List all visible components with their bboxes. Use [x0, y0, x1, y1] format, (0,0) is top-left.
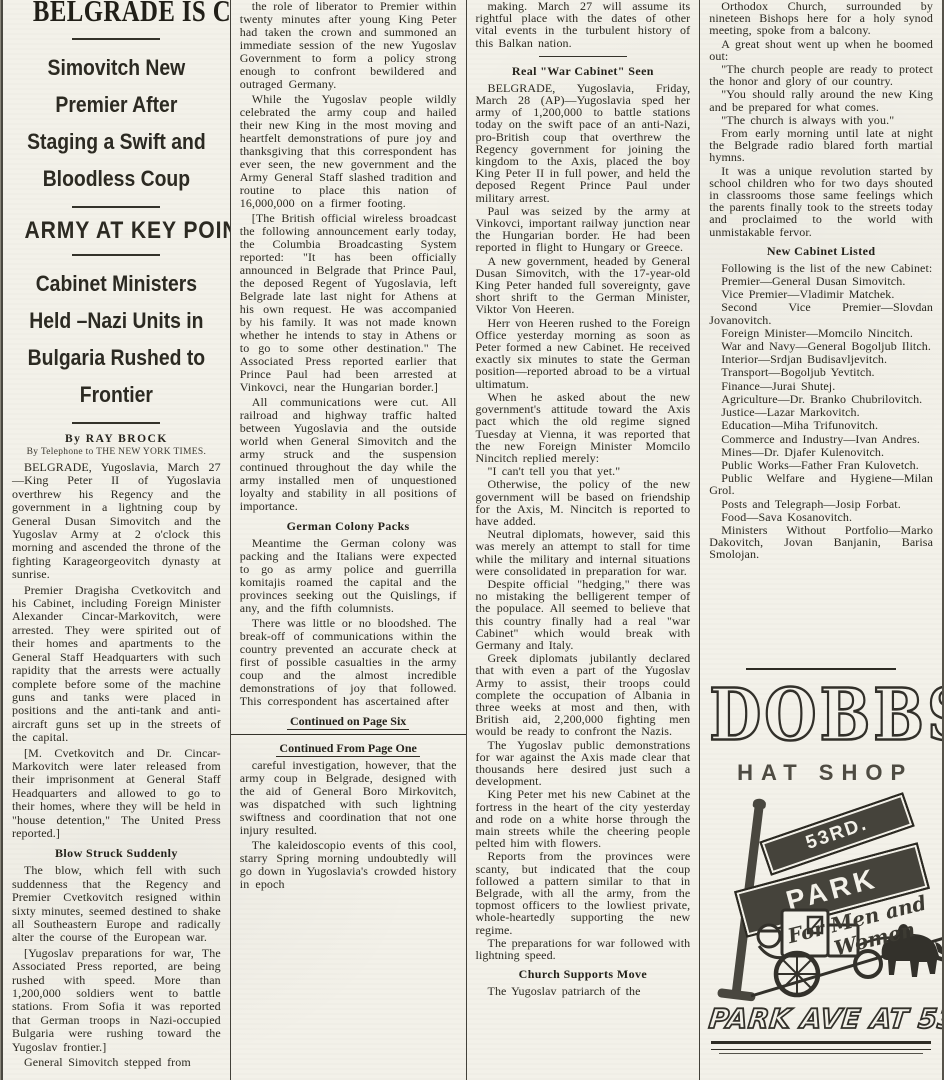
- article-paragraph: "I can't tell you that yet.": [476, 465, 691, 477]
- article-paragraph: A great shout went up when he boomed out…: [709, 38, 933, 62]
- cabinet-list-item: Interior—Srdjan Budisavljevitch.: [709, 353, 933, 365]
- article-paragraph: [M. Cvetkovitch and Dr. Cincar-Markovitc…: [12, 747, 221, 841]
- column-3: making. March 27 will assume its rightfu…: [467, 0, 701, 1080]
- section-rule: [231, 734, 466, 735]
- cabinet-list-item: Food—Sava Kosanovitch.: [709, 511, 933, 523]
- ad-subtitle: HAT SHOP: [709, 760, 933, 786]
- cabinet-list-item: Education—Miha Trifunovitch.: [709, 419, 933, 431]
- cabinet-list-item: Public Welfare and Hygiene—Milan Grol.: [709, 472, 933, 496]
- crosshead: Blow Struck Suddenly: [12, 846, 221, 861]
- column-layout: BELGRADE IS CALM Simovitch New Premier A…: [1, 0, 944, 1080]
- main-headline: BELGRADE IS CALM: [33, 0, 200, 29]
- deck-headline-2: Cabinet Ministers Held –Nazi Units in Bu…: [25, 265, 209, 413]
- rule-divider: [72, 254, 160, 256]
- cabinet-list-item: Second Vice Premier—Slovdan Jovanovitch.: [709, 301, 933, 325]
- ad-address: PARK AVE AT 53RD.: [708, 1004, 935, 1035]
- article-paragraph: Reports from the provinces were scanty, …: [476, 850, 691, 935]
- article-paragraph: Herr von Heeren rushed to the Foreign Of…: [476, 317, 691, 390]
- cabinet-list-item: Mines—Dr. Djafer Kulenovitch.: [709, 446, 933, 458]
- article-paragraph: When he asked about the new government's…: [476, 391, 691, 464]
- column-4-text: Orthodox Church, surrounded by nineteen …: [709, 0, 933, 664]
- cabinet-list-item: Posts and Telegraph—Josip Forbat.: [709, 498, 933, 510]
- cabinet-list-item: Vice Premier—Vladimir Matchek.: [709, 288, 933, 300]
- newspaper-page: BELGRADE IS CALM Simovitch New Premier A…: [0, 0, 944, 1080]
- continued-on-text: Continued on Page Six: [287, 714, 409, 730]
- crosshead: Church Supports Move: [476, 967, 691, 982]
- article-paragraph: [Yugoslav preparations for war, The Asso…: [12, 947, 221, 1054]
- article-paragraph: Premier Dragisha Cvetkovitch and his Cab…: [12, 584, 221, 745]
- article-paragraph: Otherwise, the policy of the new governm…: [476, 478, 691, 527]
- article-paragraph: The kaleidoscopio events of this cool, s…: [240, 839, 457, 891]
- article-paragraph: careful investigation, however, that the…: [240, 759, 457, 837]
- continued-on-line: Continued on Page Six: [240, 714, 457, 729]
- article-paragraph: making. March 27 will assume its rightfu…: [476, 0, 691, 49]
- article-paragraph: It was a unique revolution started by sc…: [709, 165, 933, 238]
- article-paragraph: While the Yugoslav people wildly celebra…: [240, 93, 457, 210]
- rule-divider: [539, 56, 627, 57]
- cabinet-list-item: Foreign Minister—Momcilo Nincitch.: [709, 327, 933, 339]
- column-2: the role of liberator to Premier within …: [231, 0, 467, 1080]
- cabinet-list-item: Premier—General Dusan Simovitch.: [709, 275, 933, 287]
- column-1: BELGRADE IS CALM Simovitch New Premier A…: [1, 0, 231, 1080]
- wire-credit: By Telephone to THE NEW YORK TIMES.: [12, 447, 221, 457]
- ad-bottom-rules: [711, 1041, 931, 1050]
- ad-brand-name: DOBBS: [709, 678, 933, 754]
- article-paragraph: [The British official wireless broadcast…: [240, 212, 457, 394]
- byline: By RAY BROCK: [12, 433, 221, 445]
- article-paragraph: There was little or no bloodshed. The br…: [240, 617, 457, 708]
- article-paragraph: The Yugoslav patriarch of the: [476, 985, 691, 997]
- ad-illustration: 53RD. PARK: [709, 792, 933, 1004]
- cabinet-list-item: Ministers Without Portfolio—Marko Dakovi…: [709, 524, 933, 561]
- cabinet-list-item: Justice—Lazar Markovitch.: [709, 406, 933, 418]
- article-paragraph: From early morning until late at night t…: [709, 127, 933, 164]
- cabinet-list-item: Agriculture—Dr. Branko Chubrilovitch.: [709, 393, 933, 405]
- continued-from-text: Continued From Page One: [276, 741, 419, 757]
- column-4: Orthodox Church, surrounded by nineteen …: [700, 0, 944, 1080]
- article-paragraph: All communications were cut. All railroa…: [240, 396, 457, 513]
- article-paragraph: "You should rally around the new King an…: [709, 88, 933, 112]
- article-paragraph: "The church people are ready to protect …: [709, 63, 933, 87]
- cabinet-list-item: Public Works—Father Fran Kulovetch.: [709, 459, 933, 471]
- article-paragraph: Orthodox Church, surrounded by nineteen …: [709, 0, 933, 37]
- ad-bottom-rule-2: [719, 1053, 923, 1054]
- crosshead: German Colony Packs: [240, 519, 457, 534]
- bank-headline: ARMY AT KEY POINTS: [25, 217, 209, 245]
- rule-divider: [746, 668, 896, 670]
- cabinet-list-item: Transport—Bogoljub Yevtitch.: [709, 366, 933, 378]
- rule-divider: [72, 38, 160, 40]
- article-paragraph: Meantime the German colony was packing a…: [240, 537, 457, 615]
- article-paragraph: The Yugoslav public demonstrations for w…: [476, 739, 691, 788]
- article-paragraph: Despite official "hedging," there was no…: [476, 578, 691, 651]
- cabinet-list-item: War and Navy—General Bogoljub Ilitch.: [709, 340, 933, 352]
- article-paragraph: Neutral diplomats, however, said this wa…: [476, 528, 691, 577]
- cabinet-list-item: Finance—Jurai Shutej.: [709, 380, 933, 392]
- article-paragraph: The preparations for war followed with l…: [476, 937, 691, 961]
- crosshead: New Cabinet Listed: [709, 244, 933, 259]
- crosshead: Real "War Cabinet" Seen: [476, 64, 691, 79]
- dobbs-hat-shop-ad: DOBBS HAT SHOP 53RD. PARK: [709, 668, 933, 1064]
- continued-from-line: Continued From Page One: [240, 741, 457, 756]
- article-paragraph: Greek diplomats jubilantly declared that…: [476, 652, 691, 737]
- article-paragraph: A new government, headed by General Dusa…: [476, 255, 691, 316]
- rule-divider: [72, 422, 160, 424]
- article-paragraph: Paul was seized by the army at Vinkovci,…: [476, 205, 691, 254]
- article-paragraph: General Simovitch stepped from: [12, 1056, 221, 1069]
- rule-divider: [72, 206, 160, 208]
- article-paragraph: "The church is always with you.": [709, 114, 933, 126]
- deck-headline-1: Simovitch New Premier After Staging a Sw…: [25, 49, 209, 197]
- article-paragraph: BELGRADE, Yugoslavia, March 27—King Pete…: [12, 461, 221, 582]
- article-paragraph: The blow, which fell with such suddennes…: [12, 864, 221, 944]
- article-paragraph: BELGRADE, Yugoslavia, Friday, March 28 (…: [476, 82, 691, 204]
- article-paragraph: the role of liberator to Premier within …: [240, 0, 457, 91]
- article-paragraph: Following is the list of the new Cabinet…: [709, 262, 933, 274]
- article-paragraph: King Peter met his new Cabinet at the fo…: [476, 788, 691, 849]
- cabinet-list-item: Commerce and Industry—Ivan Andres.: [709, 433, 933, 445]
